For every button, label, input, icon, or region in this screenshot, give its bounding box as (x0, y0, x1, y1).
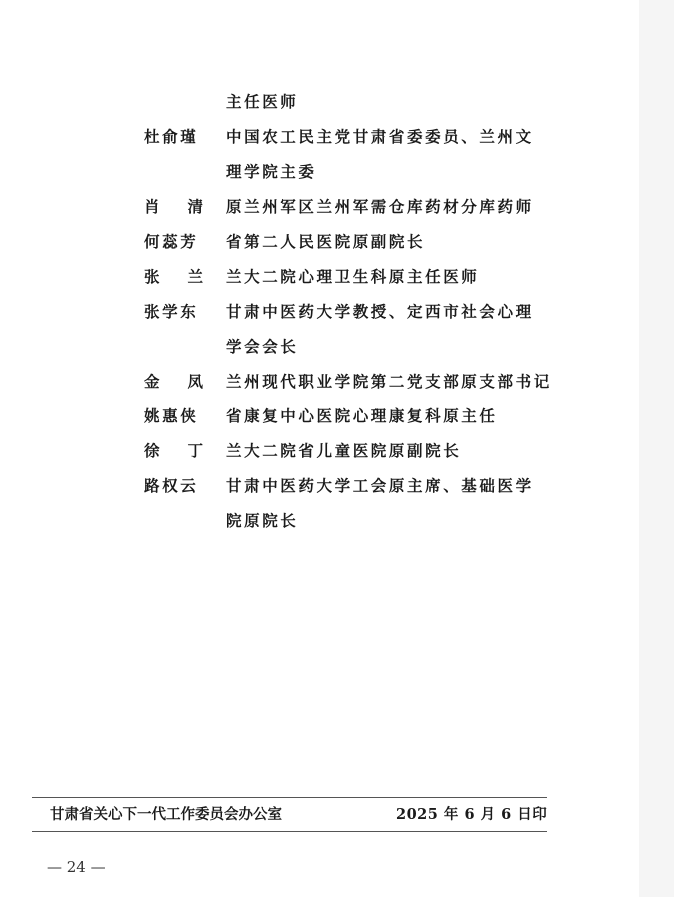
entry-continuation-line: 主任医师 (226, 84, 298, 119)
member-name: 金凤 (144, 364, 214, 399)
member-name-char: 金 (144, 364, 160, 399)
member-title-line: 院原院长 (226, 503, 298, 538)
footer-top-rule (32, 797, 547, 798)
footer-print-date: 2025 年 6 月 6 日印 (396, 803, 547, 827)
member-name: 张兰 (144, 259, 214, 294)
member-title-line: 兰州现代职业学院第二党支部原支部书记 (226, 364, 552, 399)
member-name: 何蕊芳 (144, 224, 214, 259)
member-title-line: 原兰州军区兰州军需仓库药材分库药师 (226, 189, 534, 224)
member-name: 张学东 (144, 294, 214, 329)
member-title-line: 兰大二院省儿童医院原副院长 (226, 433, 461, 468)
member-name: 姚惠侠 (144, 398, 214, 433)
member-title-line: 学会会长 (226, 329, 298, 364)
member-name-char: 张 (144, 259, 160, 294)
member-name-char: 凤 (188, 364, 204, 399)
member-name-char: 清 (188, 189, 204, 224)
member-title-line: 甘肃中医药大学教授、定西市社会心理 (226, 294, 534, 329)
member-name: 杜俞瑾 (144, 119, 214, 154)
member-name: 路权云 (144, 468, 214, 503)
member-title-line: 甘肃中医药大学工会原主席、基础医学 (226, 468, 534, 503)
member-name-char: 丁 (188, 433, 204, 468)
member-title-line: 省第二人民医院原副院长 (226, 224, 425, 259)
member-title-line: 兰大二院心理卫生科原主任医师 (226, 259, 479, 294)
member-name-char: 肖 (144, 189, 160, 224)
member-title-line: 中国农工民主党甘肃省委委员、兰州文 (226, 119, 534, 154)
member-title-line: 理学院主委 (226, 154, 317, 189)
page-number: — 24 — (47, 856, 106, 878)
member-name-char: 徐 (144, 433, 160, 468)
footer-bottom-rule (32, 831, 547, 832)
document-page: 主任医师 杜俞瑾 中国农工民主党甘肃省委委员、兰州文 理学院主委 肖清 原兰州军… (0, 0, 639, 897)
member-name: 肖清 (144, 189, 214, 224)
member-name-char: 兰 (188, 259, 204, 294)
viewer-side-margin (639, 0, 674, 897)
member-title-line: 省康复中心医院心理康复科原主任 (226, 398, 498, 433)
member-name: 徐丁 (144, 433, 214, 468)
footer-issuer: 甘肃省关心下一代工作委员会办公室 (50, 803, 282, 827)
